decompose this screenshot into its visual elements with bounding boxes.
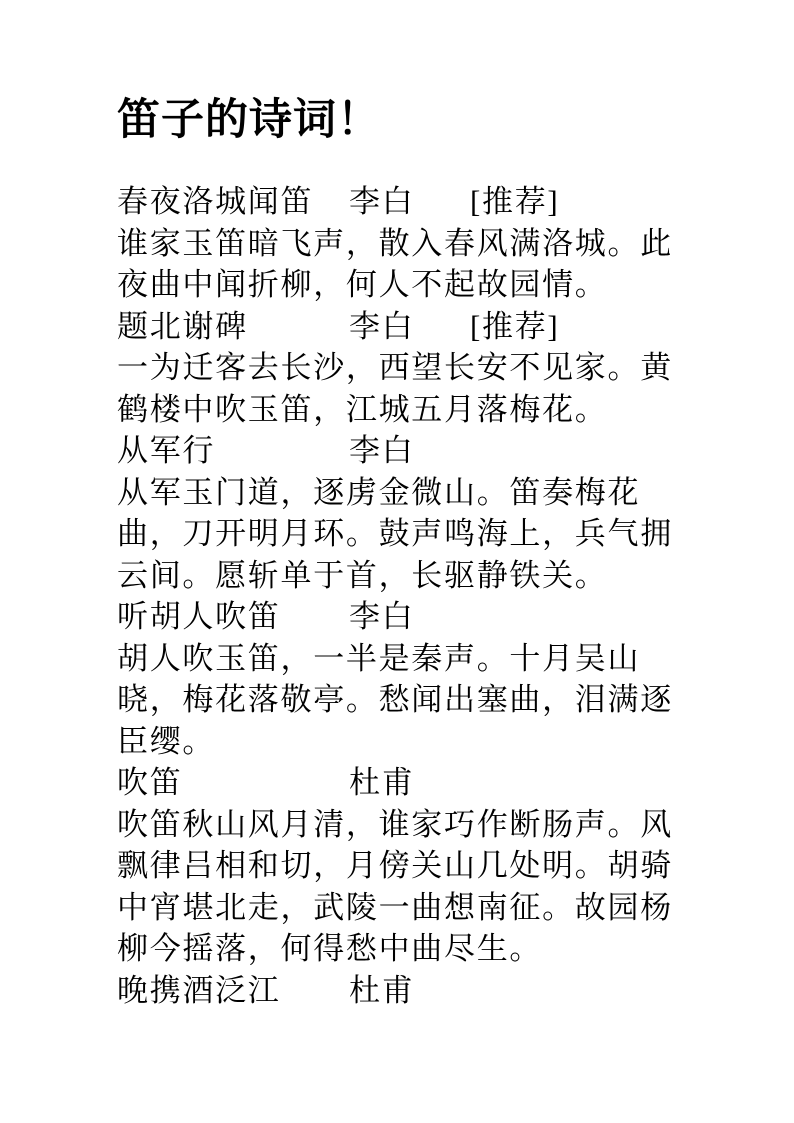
poem-line: 云间。愿斩单于首，长驱静铁关。 <box>117 555 684 597</box>
poem-author: 杜甫 <box>349 970 470 1012</box>
poem-line: 晓，梅花落敬亭。愁闻出塞曲，泪满逐 <box>117 679 684 721</box>
poem-author: 杜甫 <box>349 762 470 804</box>
poem-line: 曲，刀开明月环。鼓声鸣海上，兵气拥 <box>117 513 684 555</box>
poem-heading: 从军行 李白 <box>117 430 684 472</box>
poem-title: 春夜洛城闻笛 <box>117 181 349 223</box>
poem-section: 吹笛 杜甫 吹笛秋山风月清，谁家巧作断肠声。风 飘律吕相和切，月傍关山几处明。胡… <box>117 762 684 970</box>
poem-line: 谁家玉笛暗飞声，散入春风满洛城。此 <box>117 223 684 265</box>
poem-title: 晚携酒泛江 <box>117 970 349 1012</box>
poem-line: 一为迁客去长沙，西望长安不见家。黄 <box>117 347 684 389</box>
poem-heading: 晚携酒泛江 杜甫 <box>117 970 684 1012</box>
recommend-badge: [推荐] <box>470 181 559 223</box>
poem-line: 中宵堪北走，武陵一曲想南征。故园杨 <box>117 887 684 929</box>
poem-section: 题北谢碑 李白 [推荐] 一为迁客去长沙，西望长安不见家。黄 鹤楼中吹玉笛，江城… <box>117 306 684 431</box>
poem-author: 李白 <box>349 306 470 348</box>
poem-heading: 春夜洛城闻笛 李白 [推荐] <box>117 181 684 223</box>
poem-title: 题北谢碑 <box>117 306 349 348</box>
poem-title: 从军行 <box>117 430 349 472</box>
recommend-badge: [推荐] <box>470 306 559 348</box>
document-page: 笛子的诗词！ 春夜洛城闻笛 李白 [推荐] 谁家玉笛暗飞声，散入春风满洛城。此 … <box>0 0 794 1123</box>
poem-line: 胡人吹玉笛，一半是秦声。十月吴山 <box>117 638 684 680</box>
poem-line: 飘律吕相和切，月傍关山几处明。胡骑 <box>117 845 684 887</box>
poem-author: 李白 <box>349 181 470 223</box>
poem-title: 吹笛 <box>117 762 349 804</box>
poem-line: 吹笛秋山风月清，谁家巧作断肠声。风 <box>117 804 684 846</box>
poem-heading: 听胡人吹笛 李白 <box>117 596 684 638</box>
poem-section: 晚携酒泛江 杜甫 <box>117 970 684 1012</box>
poem-line: 夜曲中闻折柳，何人不起故园情。 <box>117 264 684 306</box>
poem-heading: 题北谢碑 李白 [推荐] <box>117 306 684 348</box>
poem-section: 春夜洛城闻笛 李白 [推荐] 谁家玉笛暗飞声，散入春风满洛城。此 夜曲中闻折柳，… <box>117 181 684 306</box>
poem-title: 听胡人吹笛 <box>117 596 349 638</box>
poem-line: 鹤楼中吹玉笛，江城五月落梅花。 <box>117 389 684 431</box>
poem-heading: 吹笛 杜甫 <box>117 762 684 804</box>
poem-line: 从军玉门道，逐虏金微山。笛奏梅花 <box>117 472 684 514</box>
poem-section: 听胡人吹笛 李白 胡人吹玉笛，一半是秦声。十月吴山 晓，梅花落敬亭。愁闻出塞曲，… <box>117 596 684 762</box>
poem-author: 李白 <box>349 430 470 472</box>
poem-section: 从军行 李白 从军玉门道，逐虏金微山。笛奏梅花 曲，刀开明月环。鼓声鸣海上，兵气… <box>117 430 684 596</box>
doc-title: 笛子的诗词！ <box>117 96 684 146</box>
poem-line: 臣缨。 <box>117 721 684 763</box>
poem-author: 李白 <box>349 596 470 638</box>
poem-line: 柳今摇落，何得愁中曲尽生。 <box>117 928 684 970</box>
